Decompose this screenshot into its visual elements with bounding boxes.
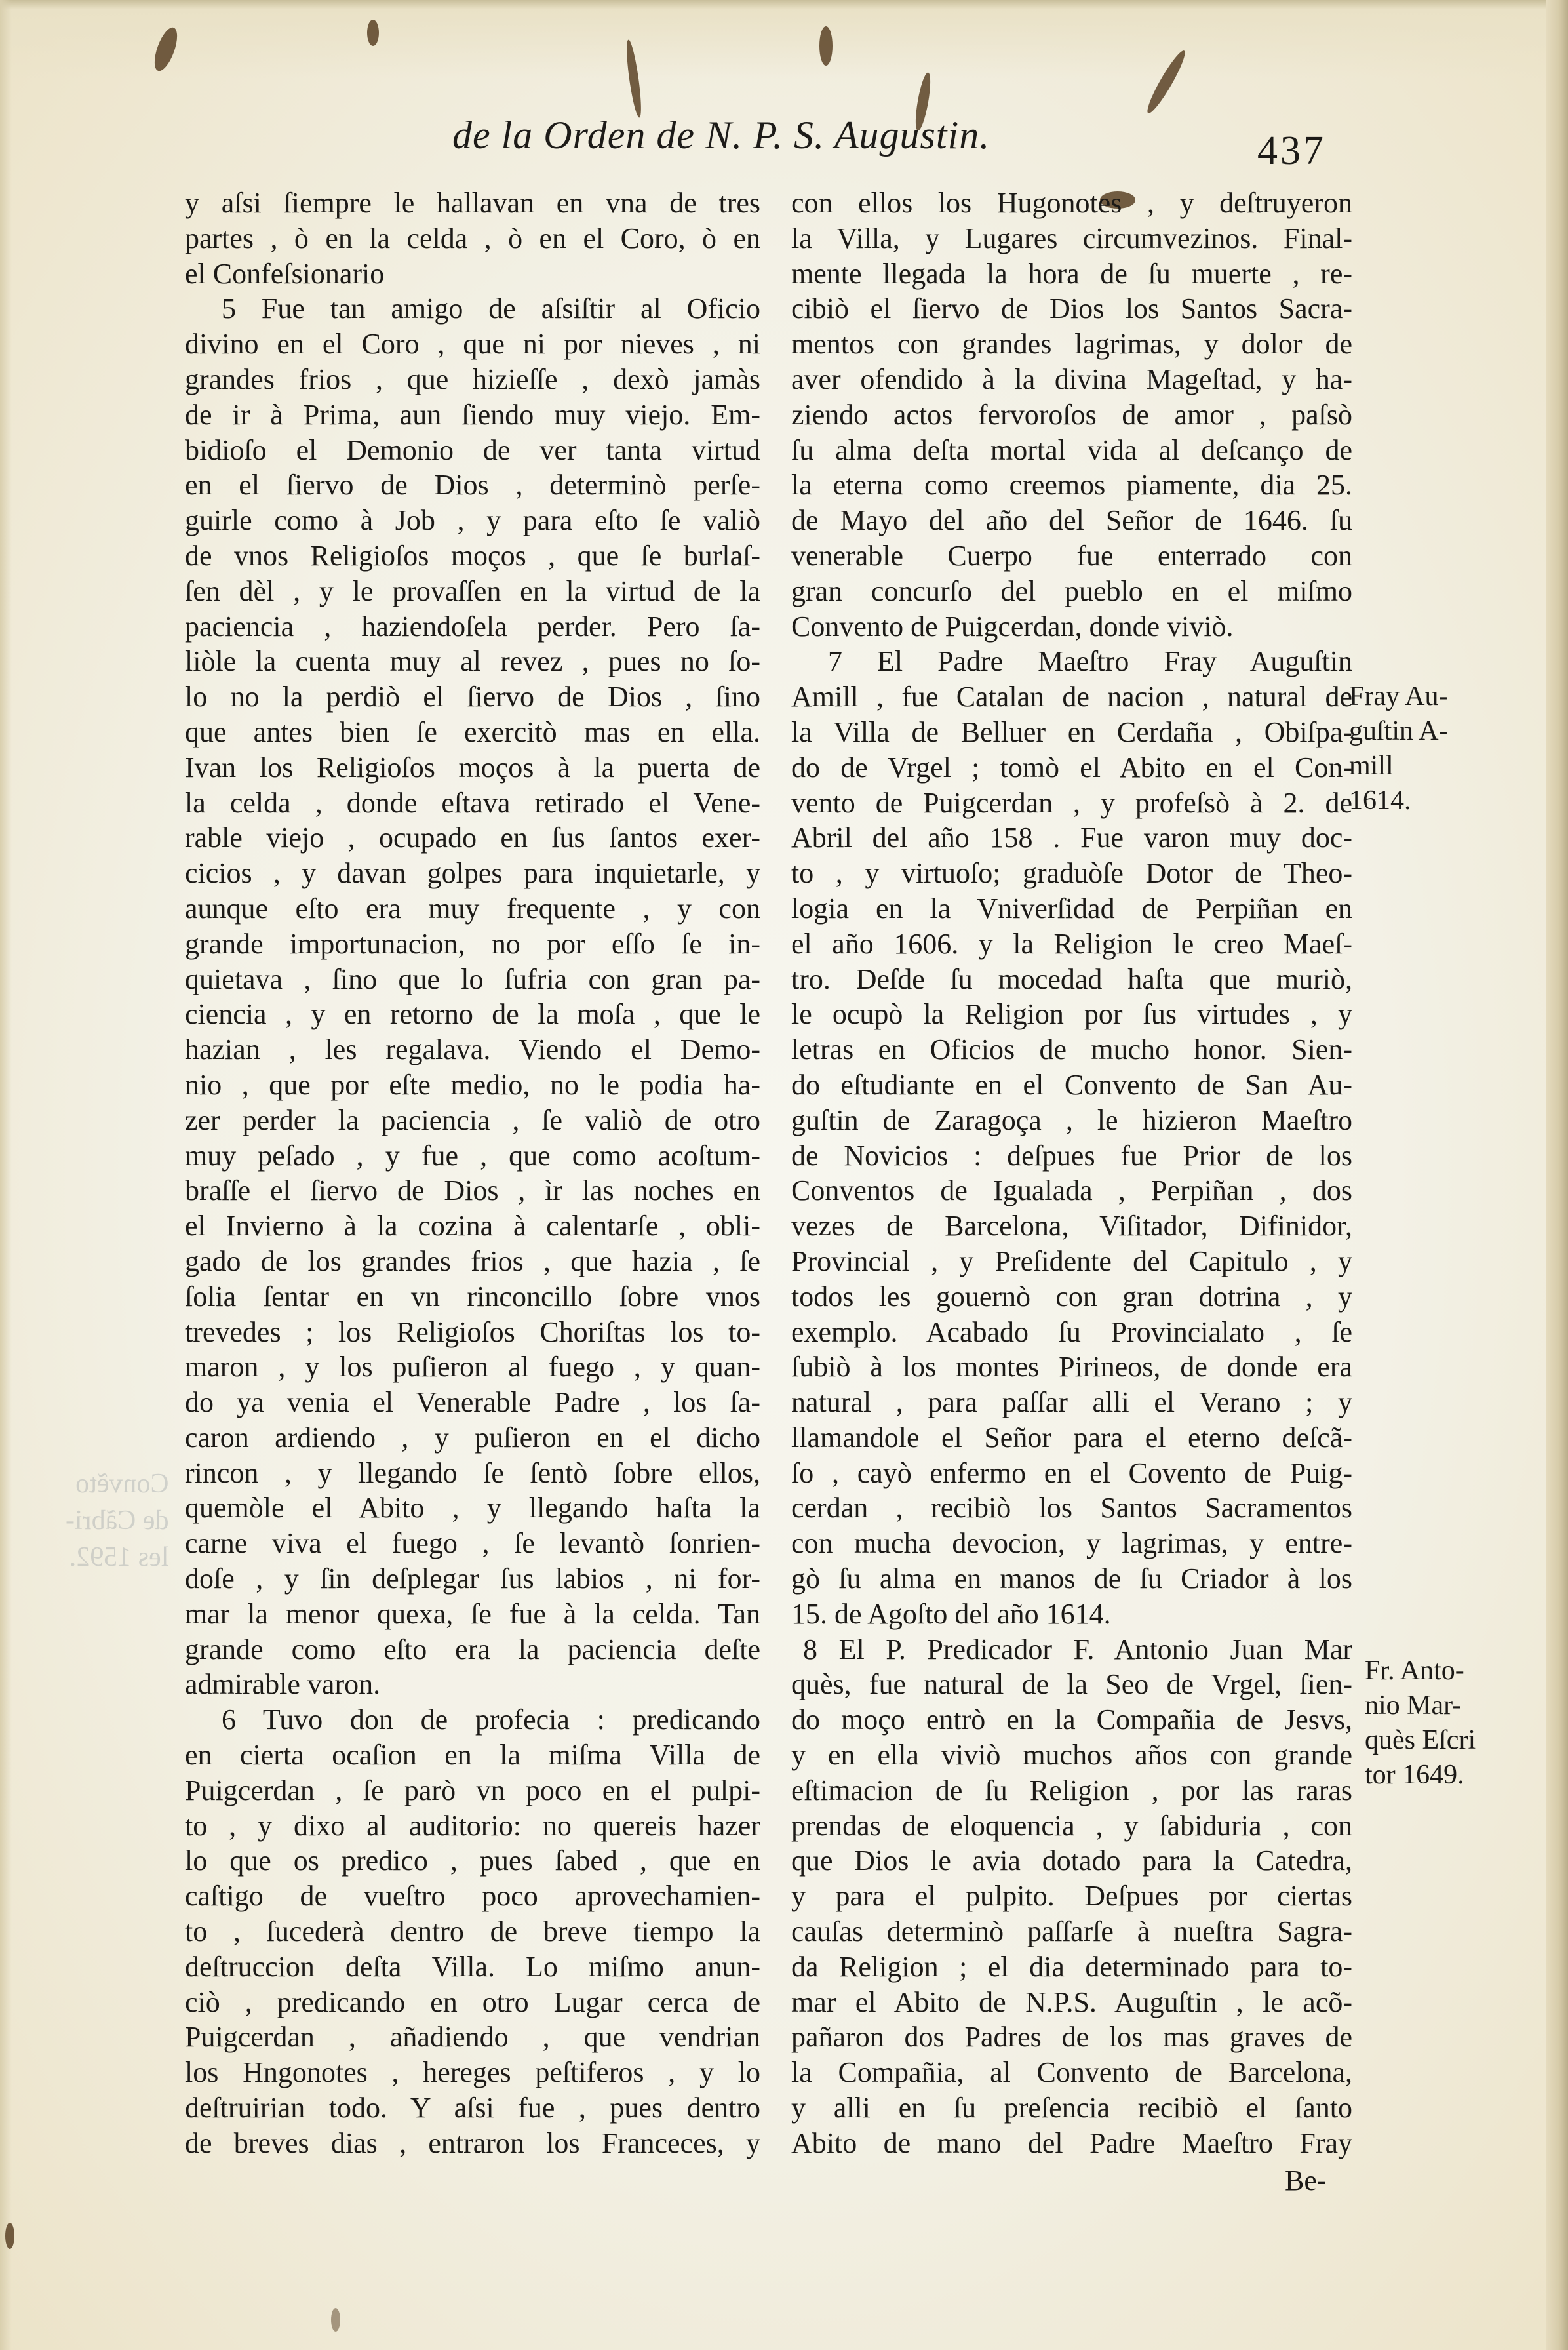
running-head: de la Orden de N. P. S. Augustin.: [452, 113, 990, 158]
text-line: caron ardiendo , y puſieron en el dicho: [185, 1420, 760, 1456]
damaged-top-edge: [0, 0, 1568, 125]
page-right-edge: [1546, 0, 1568, 2350]
text-line: llamandole el Señor para el eterno deſcã…: [791, 1420, 1352, 1456]
text-line: muy peſado , y fue , que como acoſtum-: [185, 1138, 760, 1174]
text-line: exemplo. Acabado ſu Provincialato , ſe: [791, 1315, 1352, 1350]
text-line: da Religion ; el dia determinado para to…: [791, 1949, 1352, 1985]
stain-mark: [819, 26, 833, 66]
text-line: ciencia , y en retorno de la moſa , que …: [185, 997, 760, 1032]
text-line: grandes frios , que hizieſſe , dexò jamà…: [185, 362, 760, 397]
text-line: ziendo actos fervoroſos de amor , paſsò: [791, 397, 1352, 433]
text-line: quès, fue natural de la Seo de Vrgel, ſi…: [791, 1667, 1352, 1702]
book-page: de la Orden de N. P. S. Augustin. 437 Co…: [0, 0, 1568, 2350]
catchword: Be-: [1285, 2164, 1327, 2197]
text-line: Puigcerdan , añadiendo , que vendrian: [185, 2020, 760, 2055]
text-line: caſtigo de vueſtro poco aprovechamien-: [185, 1879, 760, 1914]
text-line: quietava , ſino que lo ſufria con gran p…: [185, 962, 760, 997]
text-line: de vnos Religioſos moços , que ſe burlaſ…: [185, 538, 760, 574]
text-column-right: con ellos los Hugonotes , y deſtruyeron …: [791, 186, 1352, 2161]
text-line: maron , y los puſieron al fuego , y quan…: [185, 1349, 760, 1385]
text-line: natural , para paſſar alli el Verano ; y: [791, 1385, 1352, 1420]
text-line: que antes bien ſe exercitò mas en ella.: [185, 715, 760, 750]
text-line: eſtimacion de ſu Religion , por las rara…: [791, 1773, 1352, 1808]
text-line: Amill , fue Catalan de nacion , natural …: [791, 679, 1352, 715]
stain-mark: [367, 20, 379, 46]
stain-mark: [331, 2308, 340, 2332]
paragraph-start-7: 7 El Padre Maeſtro Fray Auguſtin: [791, 644, 1352, 679]
text-line: guirle como à Job , y para eſto ſe valiò: [185, 503, 760, 538]
text-line: grande importunacion, no por eſſo ſe in-: [185, 926, 760, 962]
text-line: paciencia , haziendoſela perder. Pero ſa…: [185, 609, 760, 645]
text-line: le ocupò la Religion por ſus virtudes , …: [791, 997, 1352, 1032]
text-line: pañaron dos Padres de los mas graves de: [791, 2020, 1352, 2055]
text-line: braſſe el ſiervo de Dios , ìr las noches…: [185, 1173, 760, 1208]
text-line: mente llegada la hora de ſu muerte , re-: [791, 256, 1352, 292]
text-line: aunque eſto era muy frequente , y con: [185, 891, 760, 926]
text-line: Abito de mano del Padre Maeſtro Fray: [791, 2126, 1352, 2161]
text-line: cerdan , recibiò los Santos Sacramentos: [791, 1490, 1352, 1526]
text-line: Provincial , y Preſidente del Capitulo ,…: [791, 1244, 1352, 1279]
text-line: ſubiò à los montes Pirineos, de donde er…: [791, 1349, 1352, 1385]
text-line: partes , ò en la celda , ò en el Coro, ò…: [185, 221, 760, 256]
text-line: de Mayo del año del Señor de 1646. ſu: [791, 503, 1352, 538]
text-column-left: y aſsi ſiempre le hallavan en vna de tre…: [185, 186, 760, 2161]
text-line: mentos con grandes lagrimas, y dolor de: [791, 327, 1352, 362]
page-left-edge: [0, 0, 12, 2350]
text-line: to , ſucederà dentro de breve tiempo la: [185, 1914, 760, 1949]
text-line: mar el Abito de N.P.S. Auguſtin , le acõ…: [791, 1985, 1352, 2020]
text-line: letras en Oficios de mucho honor. Sien-: [791, 1032, 1352, 1067]
text-line: mar la menor quexa, ſe fue à la celda. T…: [185, 1597, 760, 1632]
text-line: Puigcerdan , ſe parò vn poco en el pulpi…: [185, 1773, 760, 1808]
text-line: divino en el Coro , que ni por nieves , …: [185, 327, 760, 362]
text-line: de ir à Prima, aun ſiendo muy viejo. Em-: [185, 397, 760, 433]
text-line: ſo , cayò enfermo en el Covento de Puig-: [791, 1456, 1352, 1491]
text-line: la Villa de Belluer en Cerdaña , Obiſpa-: [791, 715, 1352, 750]
text-line: gò ſu alma en manos de ſu Criador à los: [791, 1561, 1352, 1597]
paragraph-start-6: 6 Tuvo don de profecia : predicando: [185, 1702, 760, 1738]
text-line: en cierta ocaſion en la miſma Villa de: [185, 1738, 760, 1773]
text-line: el Invierno à la cozina à calentarſe , o…: [185, 1208, 760, 1244]
text-line: cibiò el ſiervo de Dios los Santos Sacra…: [791, 291, 1352, 327]
text-line: ciò , predicando en otro Lugar cerca de: [185, 1985, 760, 2020]
show-through-text: Convẽto de Cãbri- les 1592.: [66, 1465, 168, 1576]
text-line: cicios , y davan golpes para inquietarle…: [185, 856, 760, 891]
text-line: do ya venia el Venerable Padre , los ſa-: [185, 1385, 760, 1420]
stain-mark: [5, 2223, 14, 2249]
text-line: Ivan los Religioſos moços à la puerta de: [185, 750, 760, 786]
text-line: bidioſo el Demonio de ver tanta virtud: [185, 433, 760, 468]
text-line: do moço entrò en la Compañia de Jesvs,: [791, 1702, 1352, 1738]
text-line: gran concurſo del pueblo en el miſmo: [791, 574, 1352, 609]
text-line: en el ſiervo de Dios , determinò perſe-: [185, 468, 760, 503]
text-line: y alli en ſu preſencia recibiò el ſanto: [791, 2090, 1352, 2126]
text-line: de Novicios : deſpues fue Prior de los: [791, 1138, 1352, 1174]
text-line: prendas de eloquencia , y ſabiduria , co…: [791, 1808, 1352, 1844]
text-line: tro. Deſde ſu mocedad haſta que muriò,: [791, 962, 1352, 997]
text-line: Convento de Puigcerdan, donde viviò.: [791, 609, 1352, 645]
margin-note-amill: Fray Au- guſtin A- mill 1614.: [1349, 679, 1448, 818]
text-line: guſtin de Zaragoça , le hizieron Maeſtro: [791, 1103, 1352, 1138]
text-line: lo no la perdiò el ſiervo de Dios , ſino: [185, 679, 760, 715]
text-line: la Compañia, al Convento de Barcelona,: [791, 2055, 1352, 2090]
text-line: de breves dias , entraron los Franceces,…: [185, 2126, 760, 2161]
text-line: deſtruirian todo. Y aſsi fue , pues dent…: [185, 2090, 760, 2126]
text-line: carne viva el fuego , ſe levantò ſonrien…: [185, 1526, 760, 1561]
text-line: rincon , y llegando ſe ſentò ſobre ellos…: [185, 1456, 760, 1491]
text-line: quemòle el Abito , y llegando haſta la: [185, 1490, 760, 1526]
text-line: logia en la Vniverſidad de Perpiñan en: [791, 891, 1352, 926]
text-line: 15. de Agoſto del año 1614.: [791, 1597, 1352, 1632]
text-line: aver ofendido à la divina Mageſtad, y ha…: [791, 362, 1352, 397]
text-line: admirable varon.: [185, 1667, 760, 1702]
text-line: Conventos de Igualada , Perpiñan , dos: [791, 1173, 1352, 1208]
text-line: la celda , donde eſtava retirado el Vene…: [185, 786, 760, 821]
text-line: y en ella viviò muchos años con grande: [791, 1738, 1352, 1773]
text-line: gado de los grandes frios , que hazia , …: [185, 1244, 760, 1279]
text-line: cauſas determinò paſſarſe à nueſtra Sagr…: [791, 1914, 1352, 1949]
text-line: do eſtudiante en el Convento de San Au-: [791, 1067, 1352, 1103]
text-line: to , y virtuoſo; graduòſe Dotor de Theo-: [791, 856, 1352, 891]
text-line: con mucha devocion, y lagrimas, y entre-: [791, 1526, 1352, 1561]
text-line: vento de Puigcerdan , y profeſsò à 2. de: [791, 786, 1352, 821]
text-line: rable viejo , ocupado en ſus ſantos exer…: [185, 820, 760, 856]
text-line: todos les gouernò con gran dotrina , y: [791, 1279, 1352, 1315]
text-line: doſe , y ſin deſplegar ſus labios , ni f…: [185, 1561, 760, 1597]
text-line: y aſsi ſiempre le hallavan en vna de tre…: [185, 186, 760, 221]
text-line: venerable Cuerpo fue enterrado con: [791, 538, 1352, 574]
text-line: el Confeſsionario: [185, 256, 760, 292]
text-line: ſu alma deſta mortal vida al deſcanço de: [791, 433, 1352, 468]
text-line: Abril del año 158 . Fue varon muy doc-: [791, 820, 1352, 856]
text-line: los Hngonotes , hereges peſtiferos , y l…: [185, 2055, 760, 2090]
text-line: liòle la cuenta muy al revez , pues no ſ…: [185, 644, 760, 679]
text-line: nio , que por eſte medio, no le podia ha…: [185, 1067, 760, 1103]
text-line: hazian , les regalava. Viendo el Demo-: [185, 1032, 760, 1067]
text-line: do de Vrgel ; tomò el Abito en el Con-: [791, 750, 1352, 786]
text-line: que Dios le avia dotado para la Catedra,: [791, 1843, 1352, 1879]
text-line: vezes de Barcelona, Viſitador, Difinidor…: [791, 1208, 1352, 1244]
text-line: la eterna como creemos piamente, dia 25.: [791, 468, 1352, 503]
text-line: la Villa, y Lugares circumvezinos. Final…: [791, 221, 1352, 256]
text-line: ſolia ſentar en vn rinconcillo ſobre vno…: [185, 1279, 760, 1315]
text-line: deſtruccion deſta Villa. Lo miſmo anun-: [185, 1949, 760, 1985]
text-line: lo que os predico , pues ſabed , que en: [185, 1843, 760, 1879]
text-line: trevedes ; los Religioſos Choriſtas los …: [185, 1315, 760, 1350]
text-line: grande como eſto era la paciencia deſte: [185, 1632, 760, 1667]
paragraph-start-8: 8 El P. Predicador F. Antonio Juan Mar: [791, 1632, 1352, 1667]
text-line: ſen dèl , y le provaſſen en la virtud de…: [185, 574, 760, 609]
paragraph-start-5: 5 Fue tan amigo de aſsiſtir al Oficio: [185, 291, 760, 327]
text-line: con ellos los Hugonotes , y deſtruyeron: [791, 186, 1352, 221]
page-number: 437: [1257, 128, 1326, 174]
text-line: y para el pulpito. Deſpues por ciertas: [791, 1879, 1352, 1914]
text-line: el año 1606. y la Religion le creo Maeſ-: [791, 926, 1352, 962]
margin-note-marques: Fr. Anto- nio Mar- quès Eſcri tor 1649.: [1365, 1654, 1476, 1793]
text-line: to , y dixo al auditorio: no quereis haz…: [185, 1808, 760, 1844]
text-line: zer perder la paciencia , ſe valiò de ot…: [185, 1103, 760, 1138]
